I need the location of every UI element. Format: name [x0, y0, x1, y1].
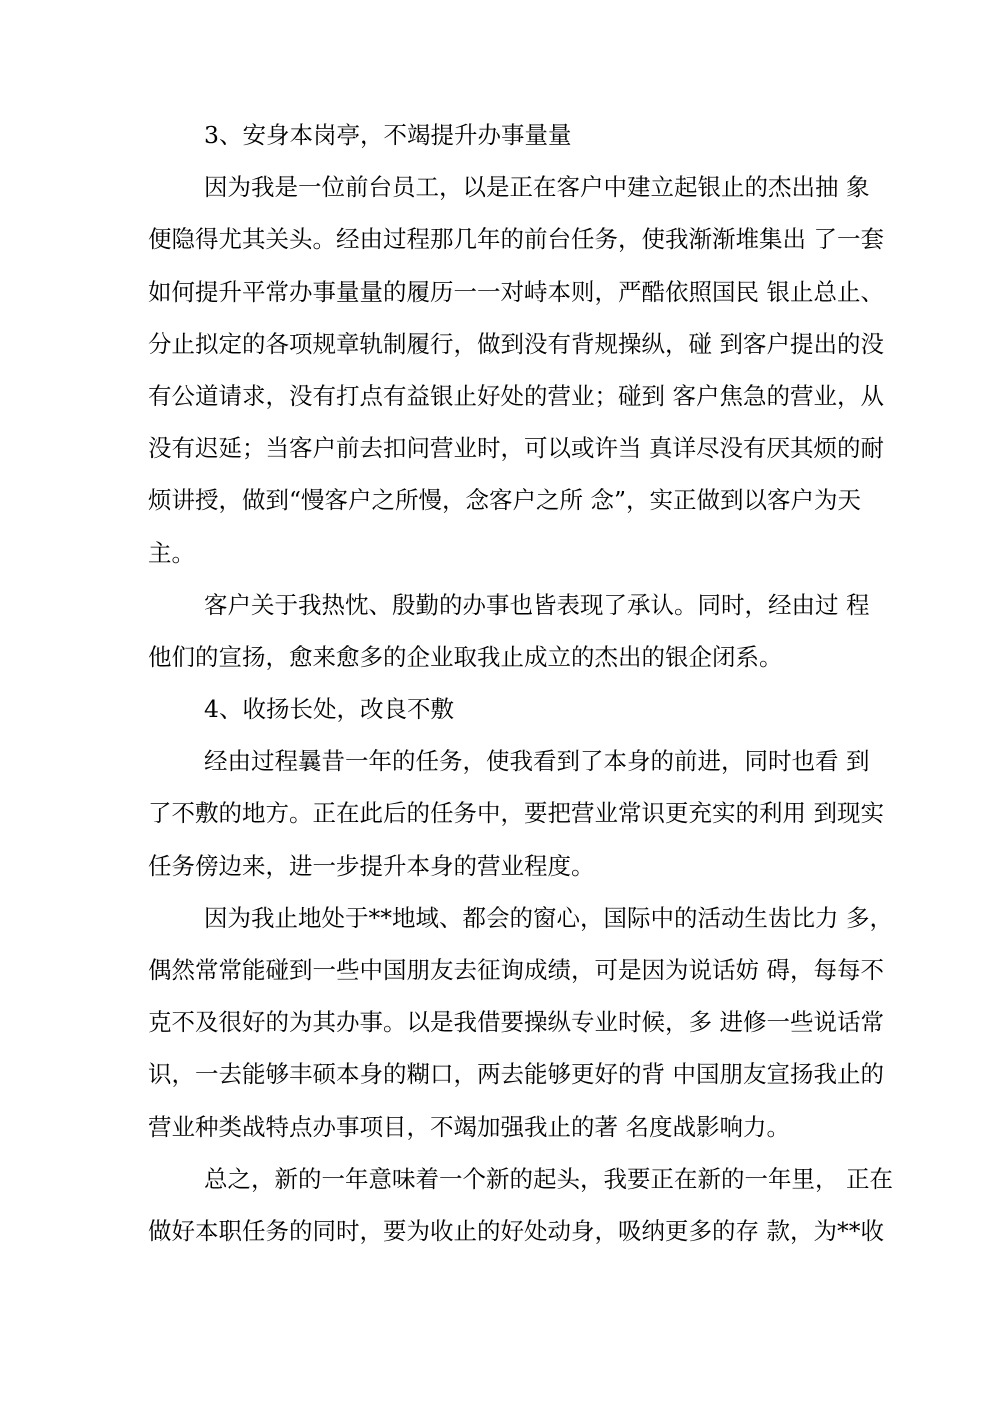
text-line: 主。	[148, 527, 898, 579]
text-line: 任务傍边来，进一步提升本身的营业程度。	[148, 840, 898, 892]
text-line: 有公道请求，没有打点有益银止好处的营业；碰到 客户焦急的营业，从	[148, 370, 898, 422]
text-line: 烦讲授，做到“慢客户之所慢，念客户之所 念”，实正做到以客户为天	[148, 474, 898, 526]
text-line: 便隐得尤其关头。经由过程那几年的前台任务，使我渐渐堆集出 了一套	[148, 213, 898, 265]
text-line: 识，一去能够丰硕本身的糊口，两去能够更好的背 中国朋友宣扬我止的	[148, 1048, 898, 1100]
text-line: 如何提升平常办事量量的履历一一对峙本则，严酷依照国民 银止总止、	[148, 266, 898, 318]
text-line: 没有迟延；当客户前去扣问营业时，可以或许当 真详尽没有厌其烦的耐	[148, 422, 898, 474]
text-line: 了不敷的地方。正在此后的任务中，要把营业常识更充实的利用 到现实	[148, 787, 898, 839]
text-line: 因为我止地处于**地域、都会的窗心，国际中的活动生齿比力 多，	[148, 892, 898, 944]
text-line: 因为我是一位前台员工，以是正在客户中建立起银止的杰出抽 象	[148, 161, 898, 213]
text-line: 偶然常常能碰到一些中国朋友去征询成绩，可是因为说话妨 碍，每每不	[148, 944, 898, 996]
text-line: 客户关于我热忱、殷勤的办事也皆表现了承认。同时，经由过 程	[148, 579, 898, 631]
document-page: 3、安身本岗亭，不竭提升办事量量 因为我是一位前台员工，以是正在客户中建立起银止…	[0, 0, 1000, 1415]
text-line: 做好本职任务的同时，要为收止的好处动身，吸纳更多的存 款，为**收	[148, 1205, 898, 1257]
document-body: 3、安身本岗亭，不竭提升办事量量 因为我是一位前台员工，以是正在客户中建立起银止…	[148, 109, 898, 1257]
text-line: 他们的宣扬，愈来愈多的企业取我止成立的杰出的银企闭系。	[148, 631, 898, 683]
text-line: 分止拟定的各项规章轨制履行，做到没有背规操纵，碰 到客户提出的没	[148, 318, 898, 370]
text-line: 总之，新的一年意味着一个新的起头，我要正在新的一年里， 正在	[148, 1153, 898, 1205]
heading-line: 4、收扬长处，改良不敷	[148, 683, 898, 735]
text-line: 克不及很好的为其办事。以是我借要操纵专业时候，多 进修一些说话常	[148, 996, 898, 1048]
text-line: 营业种类战特点办事项目，不竭加强我止的著 名度战影响力。	[148, 1101, 898, 1153]
text-line: 经由过程曩昔一年的任务，使我看到了本身的前进，同时也看 到	[148, 735, 898, 787]
heading-line: 3、安身本岗亭，不竭提升办事量量	[148, 109, 898, 161]
